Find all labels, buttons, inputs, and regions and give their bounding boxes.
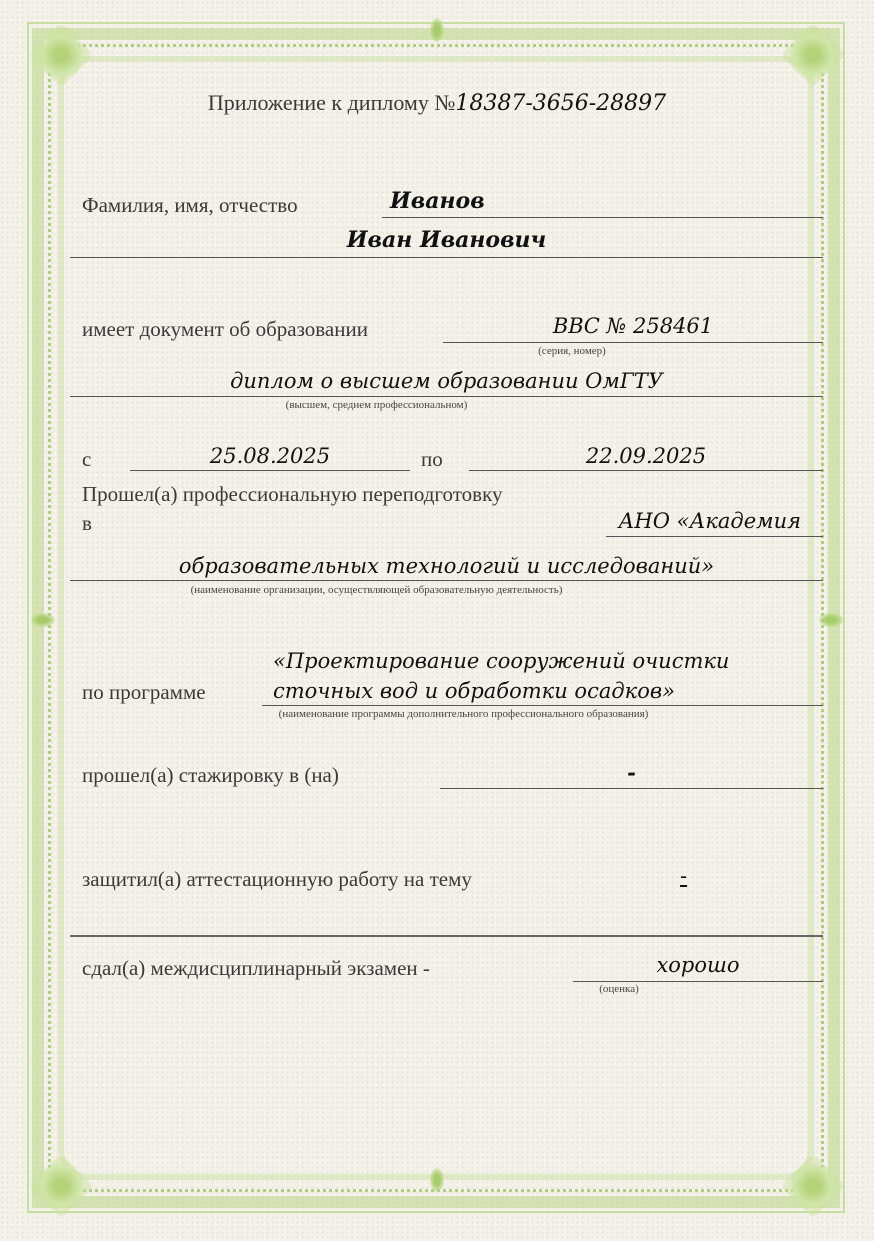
full-name-label: Фамилия, имя, отчество xyxy=(82,193,298,218)
period-to-label: по xyxy=(421,447,443,472)
organization-line1-text: АНО «Академия xyxy=(619,509,802,533)
period-to-underline xyxy=(469,470,823,471)
organization-line2: образовательных технологий и исследовани… xyxy=(70,554,823,578)
series-number-hint: (серия, номер) xyxy=(443,345,701,357)
document-type-hint-text: (высшем, среднем профессиональном) xyxy=(286,399,468,411)
retraining-label: Прошел(а) профессиональную переподготовк… xyxy=(82,482,502,507)
retraining-in-label: в xyxy=(82,511,92,536)
diploma-number: 18387-3656-28897 xyxy=(455,91,666,116)
medallion-ornament-icon xyxy=(430,1168,444,1192)
medallion-ornament-icon xyxy=(31,613,55,627)
given-names-value: Иван Иванович xyxy=(70,227,823,253)
thesis-label: защитил(а) аттестационную работу на тему xyxy=(82,867,472,892)
period-to-date: 22.09.2025 xyxy=(469,444,823,468)
program-hint: (наименование программы дополнительного … xyxy=(236,708,691,720)
organization-hint: (наименование организации, осуществляюще… xyxy=(70,584,823,596)
document-type-value: диплом о высшем образовании ОмГТУ xyxy=(70,369,823,393)
program-label: по программе xyxy=(82,680,206,705)
exam-label: сдал(а) междисциплинарный экзамен - xyxy=(82,956,430,981)
internship-label: прошел(а) стажировку в (на) xyxy=(82,763,339,788)
document-type-underline xyxy=(70,396,823,397)
organization-hint-text: (наименование организации, осуществляюще… xyxy=(191,584,563,596)
document-title: Приложение к диплому №18387-3656-28897 xyxy=(0,90,874,116)
exam-grade-underline xyxy=(573,981,823,982)
surname-value: Иванов xyxy=(390,188,485,214)
organization-underline xyxy=(70,580,823,581)
exam-grade-text: хорошо xyxy=(656,953,739,977)
exam-grade-hint: (оценка) xyxy=(573,983,665,995)
series-number-underline xyxy=(443,342,823,343)
education-document-label: имеет документ об образовании xyxy=(82,317,368,342)
document-type-hint: (высшем, среднем профессиональном) xyxy=(70,399,823,411)
period-from-label: с xyxy=(82,447,91,472)
program-name-line2: сточных вод и обработки осадков» xyxy=(273,679,675,703)
given-names-underline xyxy=(70,257,823,258)
period-from-underline xyxy=(130,470,410,471)
medallion-ornament-icon xyxy=(430,18,444,42)
exam-grade: хорошо xyxy=(573,953,823,977)
internship-value: - xyxy=(440,760,823,785)
program-name-line1: «Проектирование сооружений очистки xyxy=(273,649,729,673)
program-underline xyxy=(262,705,823,706)
internship-underline xyxy=(440,788,823,789)
medallion-ornament-icon xyxy=(819,613,843,627)
thesis-value: - xyxy=(680,864,687,888)
surname-underline xyxy=(382,217,823,218)
organization-line1-underline xyxy=(606,536,823,537)
period-from-date: 25.08.2025 xyxy=(130,444,410,468)
document-series-number: ВВС № 258461 xyxy=(443,314,823,338)
organization-line1: АНО «Академия xyxy=(606,509,823,533)
title-prefix: Приложение к диплому № xyxy=(208,90,455,115)
thesis-underline xyxy=(70,935,823,937)
border-inner-frame xyxy=(58,56,814,1180)
